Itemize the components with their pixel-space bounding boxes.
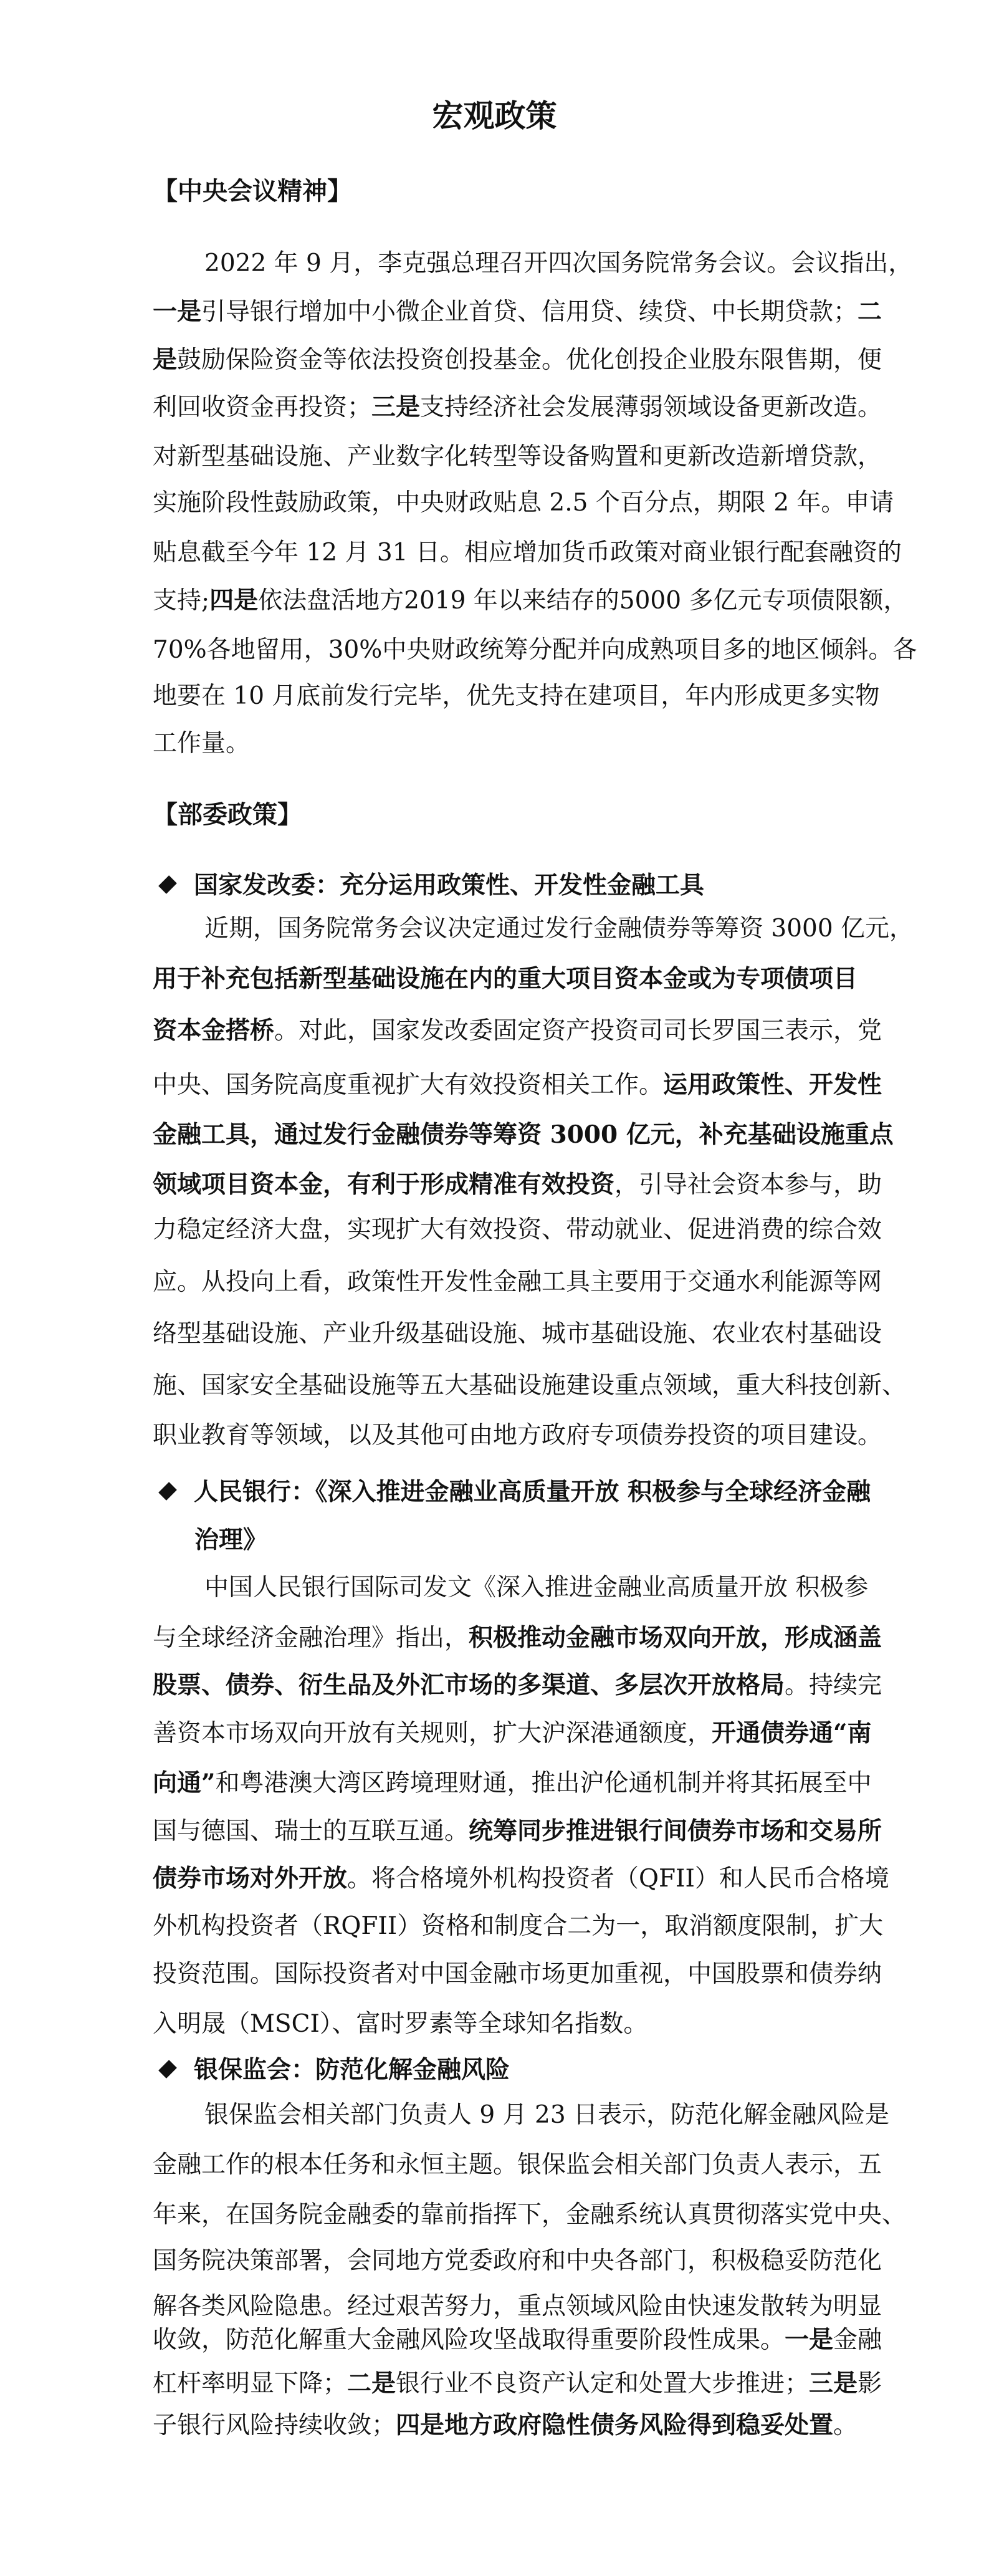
cbirc-paragraph-line: 国务院决策部署，会同地方党委政府和中央各部门，积极稳妥防范化 (153, 2245, 854, 2277)
bold-text-run: 资本金搭桥 (153, 1016, 274, 1045)
text-run: 支持; (153, 587, 209, 615)
bold-text-run: 向通” (153, 1769, 215, 1797)
ndrc-paragraph-line: 应。从投向上看，政策性开发性金融工具主要用于交通水利能源等网 (153, 1266, 854, 1299)
central-paragraph-line: 一是引导银行增加中小微企业首贷、信用贷、续贷、中长期贷款；二 (153, 296, 854, 328)
ndrc-paragraph-line: 施、国家安全基础设施等五大基础设施建设重点领域，重大科技创新、 (153, 1370, 854, 1402)
text-run: 70%各地留用，30%中央财政统筹分配并向成熟项目多的地区倾斜。各 (153, 636, 917, 664)
pboc-paragraph-line: 入明晟（MSCI）、富时罗素等全球知名指数。 (153, 2008, 854, 2040)
text-run: 实施阶段性鼓励政策，中央财政贴息 2.5 个百分点，期限 2 年。申请 (153, 489, 894, 517)
bullet-heading-pboc: 人民银行：《深入推进金融业高质量开放 积极参与全球经济金融 (153, 1476, 854, 1508)
text-run: 国务院决策部署，会同地方党委政府和中央各部门，积极稳妥防范化 (153, 2247, 882, 2275)
bold-text-run: 债券市场对外开放 (153, 1864, 347, 1893)
pboc-paragraph-line: 善资本市场双向开放有关规则，扩大沪深港通额度，开通债券通“南 (153, 1717, 854, 1749)
ndrc-paragraph-line: 职业教育等领域，以及其他可由地方政府专项债券投资的项目建设。 (153, 1420, 854, 1452)
text-run: 施、国家安全基础设施等五大基础设施建设重点领域，重大科技创新、 (153, 1372, 906, 1400)
text-run: 鼓励保险资金等依法投资创投基金。优化创投企业股东限售期，便 (177, 346, 882, 374)
bold-text-run: 三是 (371, 393, 420, 421)
cbirc-paragraph-line: 年来，在国务院金融委的靠前指挥下，金融系统认真贯彻落实党中央、 (153, 2199, 854, 2231)
text-run: 。对此，国家发改委固定资产投资司司长罗国三表示，党 (274, 1017, 882, 1045)
bold-text-run: 一是 (785, 2325, 833, 2354)
cbirc-paragraph-line: 银保监会相关部门负责人 9 月 23 日表示，防范化解金融风险是 (204, 2099, 854, 2131)
bullet-heading-pboc-cont: 治理》 (194, 1524, 896, 1556)
text-run: 。将合格境外机构投资者（QFII）和人民币合格境 (347, 1865, 889, 1893)
pboc-paragraph-line: 投资范围。国际投资者对中国金融市场更加重视，中国股票和债券纳 (153, 1958, 854, 1991)
text-run: 2022 年 9 月，李克强总理召开四次国务院常务会议。会议指出， (204, 249, 912, 277)
text-run: 力稳定经济大盘，实现扩大有效投资、带动就业、促进消费的综合效 (153, 1216, 882, 1244)
bold-text-run: 开通债券通“南 (712, 1719, 871, 1747)
bold-text-run: 金融工具，通过发行金融债券等筹资 3000 亿元，补充基础设施重点 (153, 1120, 894, 1149)
section-heading-ministry-policy: 【部委政策】 (153, 799, 302, 831)
text-run: 中国人民银行国际司发文《深入推进金融业高质量开放 积极参 (204, 1574, 868, 1602)
text-run: 地要在 10 月底前发行完毕，优先支持在建项目，年内形成更多实物 (153, 682, 879, 710)
ndrc-paragraph-line: 领域项目资本金，有利于形成精准有效投资，引导社会资本参与，助 (153, 1168, 854, 1201)
central-paragraph-line: 地要在 10 月底前发行完毕，优先支持在建项目，年内形成更多实物 (153, 680, 854, 713)
cbirc-paragraph-line: 收敛，防范化解重大金融风险攻坚战取得重要阶段性成果。一是金融 (153, 2324, 854, 2356)
text-run: 银行业不良资产认定和处置大步推进； (396, 2370, 809, 2398)
text-run: 应。从投向上看，政策性开发性金融工具主要用于交通水利能源等网 (153, 1268, 882, 1296)
text-run: 。持续完 (785, 1671, 882, 1699)
text-run: 职业教育等领域，以及其他可由地方政府专项债券投资的项目建设。 (153, 1421, 882, 1449)
text-run: 利回收资金再投资； (153, 393, 371, 421)
text-run: 解各类风险隐患。经过艰苦努力，重点领域风险由快速发散转为明显 (153, 2292, 882, 2320)
central-paragraph-line: 对新型基础设施、产业数字化转型等设备购置和更新改造新增贷款， (153, 441, 854, 473)
bold-text-run: 运用政策性、开发性 (663, 1070, 882, 1099)
central-paragraph-line: 支持;四是依法盘活地方2019 年以来结存的5000 多亿元专项债限额， (153, 584, 854, 617)
pboc-paragraph-line: 股票、债券、衍生品及外汇市场的多渠道、多层次开放格局。持续完 (153, 1669, 854, 1701)
bullet-heading-ndrc: 国家发改委：充分运用政策性、开发性金融工具 (153, 869, 854, 901)
pboc-paragraph-line: 债券市场对外开放。将合格境外机构投资者（QFII）和人民币合格境 (153, 1862, 854, 1895)
central-paragraph-line: 工作量。 (153, 728, 854, 760)
section-heading-central-meeting: 【中央会议精神】 (153, 175, 352, 208)
diamond-bullet-icon (158, 2060, 177, 2079)
bold-text-run: 四是 (209, 586, 258, 615)
text-run: 入明晟（MSCI）、富时罗素等全球知名指数。 (153, 2010, 647, 2038)
text-run: 银保监会相关部门负责人 9 月 23 日表示，防范化解金融风险是 (204, 2101, 889, 2129)
cbirc-paragraph-line: 解各类风险隐患。经过艰苦努力，重点领域风险由快速发散转为明显 (153, 2290, 854, 2323)
text-run: 引导银行增加中小微企业首贷、信用贷、续贷、中长期贷款； (201, 298, 858, 326)
pboc-paragraph-line: 中国人民银行国际司发文《深入推进金融业高质量开放 积极参 (204, 1572, 854, 1604)
text-run: 依法盘活地方2019 年以来结存的5000 多亿元专项债限额， (258, 587, 907, 615)
bold-text-run: 三是 (809, 2369, 858, 2398)
text-run: 金融工作的根本任务和永恒主题。银保监会相关部门负责人表示，五 (153, 2151, 882, 2179)
central-paragraph-line: 利回收资金再投资；三是支持经济社会发展薄弱领域设备更新改造。 (153, 391, 854, 423)
bold-text-run: 二是 (347, 2369, 396, 2398)
ndrc-paragraph-line: 力稳定经济大盘，实现扩大有效投资、带动就业、促进消费的综合效 (153, 1214, 854, 1246)
cbirc-paragraph-line: 杠杆率明显下降；二是银行业不良资产认定和处置大步推进；三是影 (153, 2367, 854, 2400)
text-run: 工作量。 (153, 729, 250, 757)
text-run: 善资本市场双向开放有关规则，扩大沪深港通额度， (153, 1719, 712, 1747)
bold-text-run: 股票、债券、衍生品及外汇市场的多渠道、多层次开放格局 (153, 1671, 785, 1699)
bold-text-run: 四是地方政府隐性债务风险得到稳妥处置 (396, 2411, 833, 2439)
cbirc-paragraph-line: 子银行风险持续收敛；四是地方政府隐性债务风险得到稳妥处置。 (153, 2409, 854, 2441)
text-run: 影 (858, 2370, 882, 2398)
text-run: 与全球经济金融治理》指出， (153, 1624, 469, 1652)
pboc-paragraph-line: 向通”和粤港澳大湾区跨境理财通，推出沪伦通机制并将其拓展至中 (153, 1767, 854, 1799)
central-paragraph-line: 实施阶段性鼓励政策，中央财政贴息 2.5 个百分点，期限 2 年。申请 (153, 487, 854, 519)
text-run: 年来，在国务院金融委的靠前指挥下，金融系统认真贯彻落实党中央、 (153, 2201, 906, 2229)
bold-text-run: 统筹同步推进银行间债券市场和交易所 (469, 1817, 882, 1845)
ndrc-paragraph-line: 资本金搭桥。对此，国家发改委固定资产投资司司长罗国三表示，党 (153, 1014, 854, 1047)
central-paragraph-line: 贴息截至今年 12 月 31 日。相应增加货币政策对商业银行配套融资的 (153, 537, 854, 569)
text-run: 。 (833, 2411, 858, 2439)
text-run: ，引导社会资本参与，助 (614, 1171, 882, 1199)
text-run: 金融 (833, 2326, 882, 2354)
ndrc-paragraph-line: 中央、国务院高度重视扩大有效投资相关工作。运用政策性、开发性 (153, 1069, 854, 1101)
bold-text-run: 领域项目资本金，有利于形成精准有效投资 (153, 1170, 614, 1199)
text-run: 国与德国、瑞士的互联互通。 (153, 1817, 469, 1845)
bold-text-run: 积极推动金融市场双向开放，形成涵盖 (469, 1623, 882, 1652)
bullet-heading-cbirc: 银保监会：防范化解金融风险 (153, 2054, 854, 2086)
pboc-paragraph-line: 国与德国、瑞士的互联互通。统筹同步推进银行间债券市场和交易所 (153, 1815, 854, 1847)
diamond-bullet-icon (158, 1482, 177, 1501)
bold-text-run: 二 (858, 297, 882, 326)
text-run: 中央、国务院高度重视扩大有效投资相关工作。 (153, 1071, 663, 1099)
text-run: 近期，国务院常务会议决定通过发行金融债券等筹资 3000 亿元， (204, 915, 914, 943)
bold-text-run: 是 (153, 345, 177, 374)
text-run: 子银行风险持续收敛； (153, 2411, 396, 2439)
text-run: 络型基础设施、产业升级基础设施、城市基础设施、农业农村基础设 (153, 1320, 882, 1348)
cbirc-paragraph-line: 金融工作的根本任务和永恒主题。银保监会相关部门负责人表示，五 (153, 2149, 854, 2181)
pboc-paragraph-line: 外机构投资者（RQFII）资格和制度合二为一，取消额度限制，扩大 (153, 1910, 854, 1943)
ndrc-paragraph-line: 近期，国务院常务会议决定通过发行金融债券等筹资 3000 亿元， (204, 913, 854, 945)
text-run: 支持经济社会发展薄弱领域设备更新改造。 (420, 393, 882, 421)
ndrc-paragraph-line: 络型基础设施、产业升级基础设施、城市基础设施、农业农村基础设 (153, 1318, 854, 1350)
central-paragraph-line: 是鼓励保险资金等依法投资创投基金。优化创投企业股东限售期，便 (153, 344, 854, 376)
text-run: 外机构投资者（RQFII）资格和制度合二为一，取消额度限制，扩大 (153, 1912, 883, 1940)
central-paragraph-line: 2022 年 9 月，李克强总理召开四次国务院常务会议。会议指出， (204, 248, 854, 280)
page-title: 宏观政策 (0, 97, 989, 135)
ndrc-paragraph-line: 金融工具，通过发行金融债券等筹资 3000 亿元，补充基础设施重点 (153, 1118, 854, 1151)
diamond-bullet-icon (158, 875, 177, 894)
text-run: 收敛，防范化解重大金融风险攻坚战取得重要阶段性成果。 (153, 2326, 785, 2354)
text-run: 对新型基础设施、产业数字化转型等设备购置和更新改造新增贷款， (153, 443, 882, 471)
bold-text-run: 用于补充包括新型基础设施在内的重大项目资本金或为专项债项目 (153, 964, 858, 993)
central-paragraph-line: 70%各地留用，30%中央财政统筹分配并向成熟项目多的地区倾斜。各 (153, 634, 854, 666)
text-run: 杠杆率明显下降； (153, 2370, 347, 2398)
ndrc-paragraph-line: 用于补充包括新型基础设施在内的重大项目资本金或为专项债项目 (153, 963, 854, 995)
bold-text-run: 一是 (153, 297, 201, 326)
text-run: 投资范围。国际投资者对中国金融市场更加重视，中国股票和债券纳 (153, 1960, 882, 1988)
text-run: 贴息截至今年 12 月 31 日。相应增加货币政策对商业银行配套融资的 (153, 539, 902, 567)
text-run: 和粤港澳大湾区跨境理财通，推出沪伦通机制并将其拓展至中 (215, 1769, 871, 1797)
pboc-paragraph-line: 与全球经济金融治理》指出，积极推动金融市场双向开放，形成涵盖 (153, 1622, 854, 1654)
